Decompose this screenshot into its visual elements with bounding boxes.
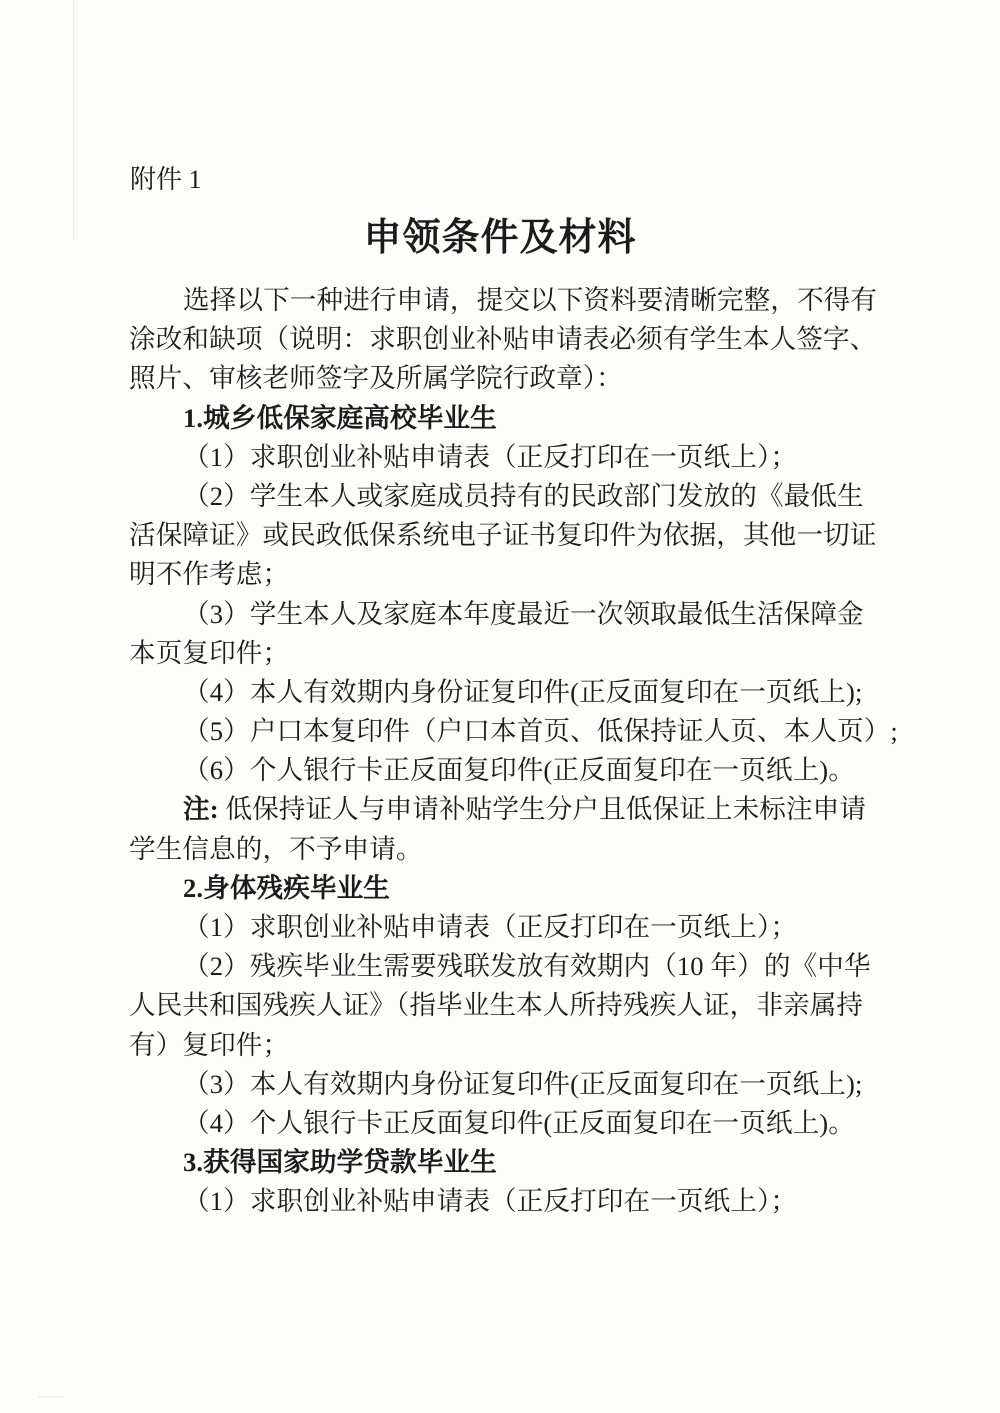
text-line: 明不作考虑； <box>129 555 881 594</box>
text-line: 有）复印件； <box>129 1026 881 1065</box>
text-line: 涂改和缺项（说明：求职创业补贴申请表必须有学生本人签字、 <box>129 320 881 359</box>
section-heading: 2.身体残疾毕业生 <box>129 869 881 908</box>
text-line: 活保障证》或民政低保系统电子证书复印件为依据，其他一切证 <box>129 516 881 555</box>
text-line: （6）个人银行卡正反面复印件(正反面复印在一页纸上)。 <box>129 751 881 790</box>
document-body: 选择以下一种进行申请，提交以下资料要清晰完整，不得有涂改和缺项（说明：求职创业补… <box>129 281 881 1222</box>
text-line: 照片、审核老师签字及所属学院行政章）： <box>129 359 881 398</box>
scan-artifact-speck <box>38 1396 64 1398</box>
text-line: 人民共和国残疾人证》（指毕业生本人所持残疾人证，非亲属持 <box>129 986 881 1025</box>
scan-artifact-line <box>73 0 74 240</box>
text-line: （5）户口本复印件（户口本首页、低保持证人页、本人页）; <box>129 712 881 751</box>
note-label: 注: <box>183 794 219 824</box>
text-line: （1）求职创业补贴申请表（正反打印在一页纸上）； <box>129 908 881 947</box>
text-line: （1）求职创业补贴申请表（正反打印在一页纸上）； <box>129 438 881 477</box>
document-title: 申领条件及材料 <box>0 214 1000 262</box>
text-line: （4）本人有效期内身份证复印件(正反面复印在一页纸上); <box>129 673 881 712</box>
text-line: 注: 低保持证人与申请补贴学生分户且低保证上未标注申请 <box>129 790 881 829</box>
text-line: （1）求职创业补贴申请表（正反打印在一页纸上）； <box>129 1182 881 1221</box>
document-page: 附件 1 申领条件及材料 选择以下一种进行申请，提交以下资料要清晰完整，不得有涂… <box>0 0 1000 1413</box>
text-line: （4）个人银行卡正反面复印件(正反面复印在一页纸上)。 <box>129 1104 881 1143</box>
section-heading: 1.城乡低保家庭高校毕业生 <box>129 399 881 438</box>
text-line: （2）残疾毕业生需要残联发放有效期内（10 年）的《中华 <box>129 947 881 986</box>
text-line: （3）学生本人及家庭本年度最近一次领取最低生活保障金 <box>129 595 881 634</box>
text-line: 学生信息的，不予申请。 <box>129 830 881 869</box>
attachment-label: 附件 1 <box>130 164 202 196</box>
text-line: 选择以下一种进行申请，提交以下资料要清晰完整，不得有 <box>129 281 881 320</box>
text-line: （3）本人有效期内身份证复印件(正反面复印在一页纸上); <box>129 1065 881 1104</box>
text-line: 本页复印件； <box>129 634 881 673</box>
section-heading: 3.获得国家助学贷款毕业生 <box>129 1143 881 1182</box>
text-line: （2）学生本人或家庭成员持有的民政部门发放的《最低生 <box>129 477 881 516</box>
